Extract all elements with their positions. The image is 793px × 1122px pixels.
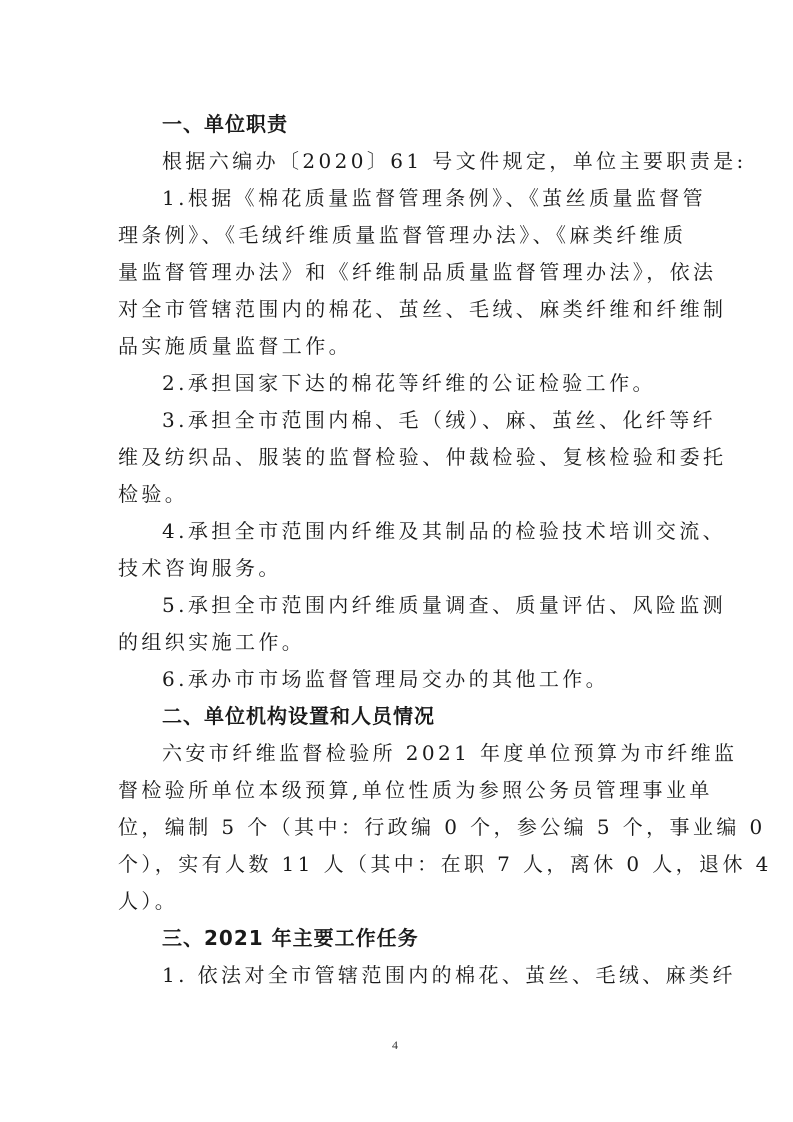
section-heading-organization: 二、单位机构设置和人员情况: [118, 698, 676, 735]
paragraph-intro: 根据六编办〔2020〕61 号文件规定，单位主要职责是:: [118, 143, 676, 180]
paragraph-line: 品实施质量监督工作。: [118, 328, 676, 365]
paragraph-line: 2.承担国家下达的棉花等纤维的公证检验工作。: [118, 365, 676, 402]
paragraph-line: 人）。: [118, 883, 676, 920]
paragraph-line: 六安市纤维监督检验所 2021 年度单位预算为市纤维监: [118, 735, 676, 772]
section-heading-duties: 一、单位职责: [118, 106, 676, 143]
organization-paragraph: 六安市纤维监督检验所 2021 年度单位预算为市纤维监 督检验所单位本级预算,单…: [118, 735, 676, 920]
duty-item-6: 6.承办市市场监督管理局交办的其他工作。: [118, 661, 676, 698]
paragraph-line: 检验。: [118, 476, 676, 513]
section-heading-tasks: 三、2021 年主要工作任务: [118, 920, 676, 957]
paragraph-line: 位，编制 5 个（其中：行政编 0 个，参公编 5 个，事业编 0: [118, 809, 676, 846]
document-page: 一、单位职责 根据六编办〔2020〕61 号文件规定，单位主要职责是: 1.根据…: [118, 106, 676, 994]
paragraph-line: 量监督管理办法》和《纤维制品质量监督管理办法》，依法: [118, 254, 676, 291]
paragraph-line: 的组织实施工作。: [118, 624, 676, 661]
paragraph-line: 1. 依法对全市管辖范围内的棉花、茧丝、毛绒、麻类纤: [118, 957, 676, 994]
paragraph-line: 1.根据《棉花质量监督管理条例》、《茧丝质量监督管: [118, 180, 676, 217]
duty-item-3: 3.承担全市范围内棉、毛（绒）、麻、茧丝、化纤等纤 维及纺织品、服装的监督检验、…: [118, 402, 676, 513]
paragraph-line: 维及纺织品、服装的监督检验、仲裁检验、复核检验和委托: [118, 439, 676, 476]
duty-item-2: 2.承担国家下达的棉花等纤维的公证检验工作。: [118, 365, 676, 402]
paragraph-line: 6.承办市市场监督管理局交办的其他工作。: [118, 661, 676, 698]
page-number: 4: [392, 1038, 398, 1053]
duty-item-5: 5.承担全市范围内纤维质量调查、质量评估、风险监测 的组织实施工作。: [118, 587, 676, 661]
paragraph-line: 5.承担全市范围内纤维质量调查、质量评估、风险监测: [118, 587, 676, 624]
paragraph-line: 理条例》、《毛绒纤维质量监督管理办法》、《麻类纤维质: [118, 217, 676, 254]
paragraph-line: 技术咨询服务。: [118, 550, 676, 587]
duty-item-4: 4.承担全市范围内纤维及其制品的检验技术培训交流、 技术咨询服务。: [118, 513, 676, 587]
duty-item-1: 1.根据《棉花质量监督管理条例》、《茧丝质量监督管 理条例》、《毛绒纤维质量监督…: [118, 180, 676, 365]
paragraph-line: 个），实有人数 11 人（其中：在职 7 人，离休 0 人，退休 4: [118, 846, 676, 883]
tasks-paragraph: 1. 依法对全市管辖范围内的棉花、茧丝、毛绒、麻类纤: [118, 957, 676, 994]
paragraph-line: 督检验所单位本级预算,单位性质为参照公务员管理事业单: [118, 772, 676, 809]
paragraph-line: 对全市管辖范围内的棉花、茧丝、毛绒、麻类纤维和纤维制: [118, 291, 676, 328]
paragraph-line: 4.承担全市范围内纤维及其制品的检验技术培训交流、: [118, 513, 676, 550]
paragraph-line: 3.承担全市范围内棉、毛（绒）、麻、茧丝、化纤等纤: [118, 402, 676, 439]
